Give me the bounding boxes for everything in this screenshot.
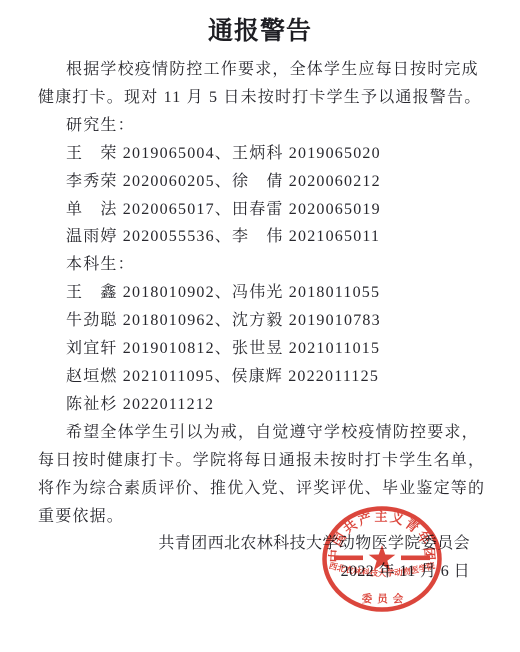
grad-student-row-4: 温雨婷 2020055536、李 伟 2021065011	[38, 223, 482, 251]
para-intro-line-1: 根据学校疫情防控工作要求，全体学生应每日按时完成	[38, 56, 482, 84]
undergrad-student-row-2: 牛劲聪 2018010962、沈方毅 2019010783	[38, 307, 482, 335]
notice-title: 通报警告	[0, 14, 520, 48]
para-closing-line-2: 每日按时健康打卡。学院将每日通报未按时打卡学生名单，	[38, 447, 482, 475]
grad-section-header: 研究生：	[38, 112, 482, 140]
undergrad-student-row-1: 王 鑫 2018010902、冯伟光 2018011055	[38, 279, 482, 307]
para-closing-line-3: 将作为综合素质评价、推优入党、评奖评优、毕业鉴定等的	[38, 475, 482, 503]
undergrad-student-row-3: 刘宜轩 2019010812、张世昱 2021011015	[38, 335, 482, 363]
undergrad-student-row-4: 赵垣燃 2021011095、侯康辉 2022011125	[38, 363, 482, 391]
grad-student-row-2: 李秀荣 2020060205、徐 倩 2020060212	[38, 168, 482, 196]
notice-document: 通报警告 根据学校疫情防控工作要求，全体学生应每日按时完成 健康打卡。现对 11…	[0, 0, 520, 652]
grad-student-row-3: 单 法 2020065017、田春雷 2020065019	[38, 196, 482, 224]
para-closing-line-4: 重要依据。	[38, 503, 482, 531]
para-closing-line-1: 希望全体学生引以为戒，自觉遵守学校疫情防控要求，	[38, 419, 482, 447]
para-intro-line-2: 健康打卡。现对 11 月 5 日未按时打卡学生予以通报警告。	[38, 84, 482, 112]
grad-student-row-1: 王 荣 2019065004、王炳科 2019065020	[38, 140, 482, 168]
signature-date: 2022 年 11 月 6 日	[38, 558, 482, 586]
signature-org: 共青团西北农林科技大学动物医学院委员会	[38, 530, 482, 558]
seal-committee-label: 委员会	[362, 592, 409, 605]
notice-body: 根据学校疫情防控工作要求，全体学生应每日按时完成 健康打卡。现对 11 月 5 …	[38, 56, 482, 586]
undergrad-section-header: 本科生：	[38, 251, 482, 279]
undergrad-student-row-5: 陈祉杉 2022011212	[38, 391, 482, 419]
